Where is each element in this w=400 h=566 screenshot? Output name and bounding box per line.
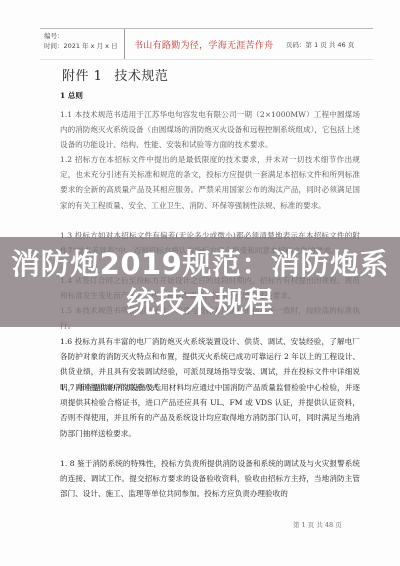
- paragraph-1-2: 1.2 招标方在本招标文件中提出的是最低限度的技术要求，并未对一切技术细节作出规…: [60, 152, 360, 213]
- paragraph-1-1: 1.1 本技术规范书适用于江苏华电句容发电有限公司一期（2×1000MW）工程中…: [60, 107, 360, 153]
- header-divider: [124, 29, 125, 59]
- title-main: 技术规范: [114, 69, 168, 84]
- document-number-label: 编号：: [44, 31, 118, 41]
- document-date: 时间：2021 年 x 月 x 日: [44, 41, 118, 51]
- header-meta: 编号： 时间：2021 年 x 月 x 日: [44, 31, 118, 51]
- section-heading: 1 总则: [60, 90, 83, 101]
- paragraph-1-8: 1. 8 鉴于消防系统的特殊性，投标方负责所提供消防设备和系统的调试及与火灾报警…: [60, 456, 360, 502]
- title-prefix: 附件 1: [62, 69, 102, 84]
- footer-page-number: 第 1 页 共 48 页: [293, 520, 342, 529]
- paragraph-1-7: 1. 7 所有提供的消防设备及专用材料均应通过中国消防产品质量监督检验中心检验，…: [60, 380, 360, 441]
- page-header: 编号： 时间：2021 年 x 月 x 日 书山有路勤为径，学海无涯苦作舟 页码…: [40, 28, 373, 60]
- header-motto: 书山有路勤为径，学海无涯苦作舟: [134, 38, 274, 51]
- header-page-info: 页码：第 1 页 共 46 页: [286, 40, 354, 49]
- document-title: 附件 1技术规范: [62, 65, 168, 84]
- overlay-title: 消防炮2019规范：消防炮系统技术规程: [0, 245, 400, 321]
